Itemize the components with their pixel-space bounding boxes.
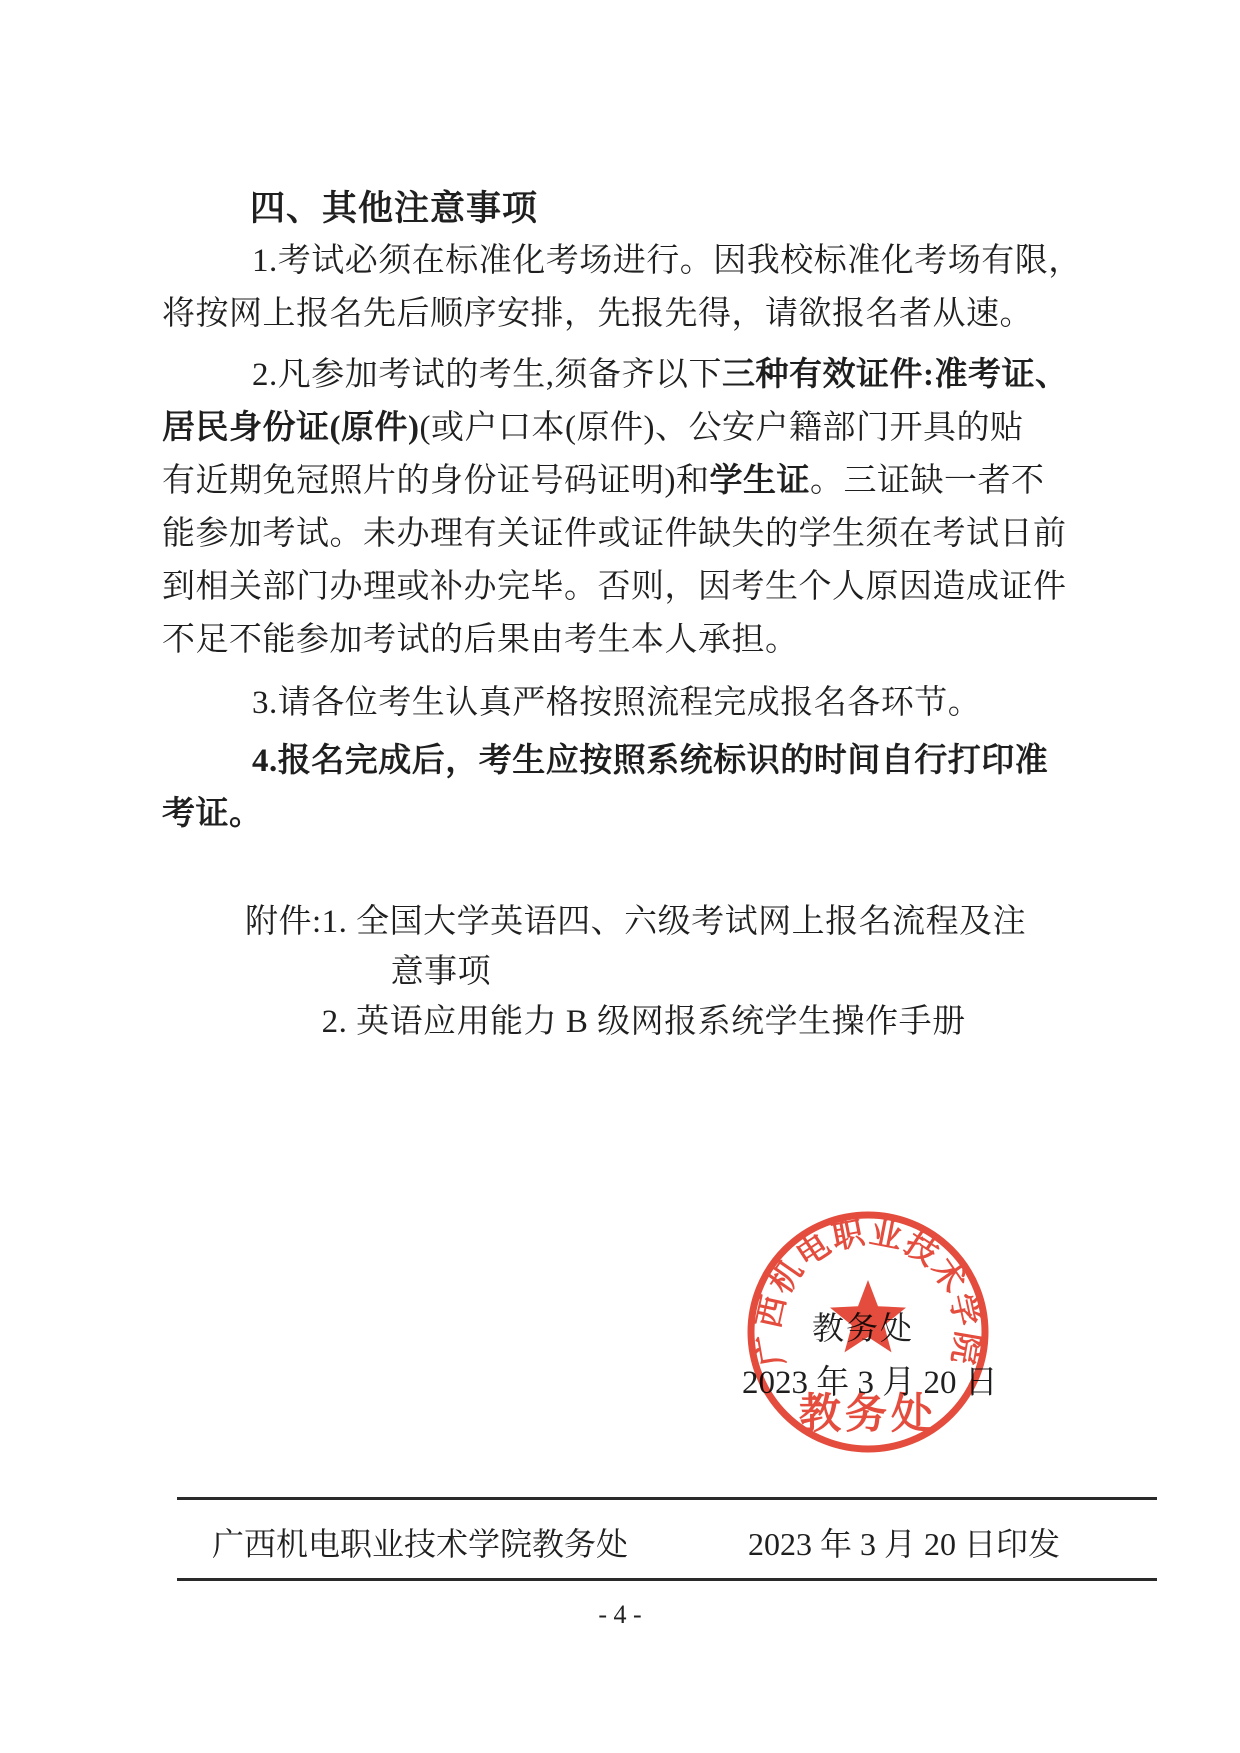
bold-text-segment: 三种有效证件:准考证、 <box>722 357 1069 393</box>
paragraph: 2.凡参加考试的考生,须备齐以下三种有效证件:准考证、居民身份证(原件)(或户口… <box>162 349 1054 667</box>
section-heading: 四、其他注意事项 <box>162 182 1054 235</box>
text-segment: 不足不能参加考试的后果由考生本人承担。 <box>162 622 799 658</box>
text-line: 能参加考试。未办理有关证件或证件缺失的学生须在考试日前 <box>162 508 1054 561</box>
text-line: 考证。 <box>162 788 1054 841</box>
bold-text-segment: 考证。 <box>162 796 263 832</box>
text-segment: 到相关部门办理或补办完毕。否则，因考生个人原因造成证件 <box>162 569 1067 605</box>
attachments-label: 附件: <box>245 897 322 947</box>
text-line: 居民身份证(原件)(或户口本(原件)、公安户籍部门开具的贴 <box>162 402 1054 455</box>
text-line: 不足不能参加考试的后果由考生本人承担。 <box>162 614 1054 667</box>
text-segment: 2.凡参加考试的考生,须备齐以下 <box>252 357 722 393</box>
text-line: 将按网上报名先后顺序安排，先报先得，请欲报名者从速。 <box>162 288 1054 341</box>
seal-star-icon <box>830 1280 906 1352</box>
text-segment: 能参加考试。未办理有关证件或证件缺失的学生须在考试日前 <box>162 516 1067 552</box>
paragraph: 4.报名完成后，考生应按照系统标识的时间自行打印准考证。 <box>162 735 1054 841</box>
footer-rule-bottom <box>177 1578 1157 1581</box>
text-line: 到相关部门办理或补办完毕。否则，因考生个人原因造成证件 <box>162 561 1054 614</box>
footer-row: 广西机电职业技术学院教务处 2023 年 3 月 20 日印发 <box>212 1522 1060 1566</box>
bold-text-segment: 4.报名完成后，考生应按照系统标识的时间自行打印准 <box>252 743 1048 779</box>
text-segment: 有近期免冠照片的身份证号码证明)和 <box>162 463 710 499</box>
footer-issue-date: 2023 年 3 月 20 日印发 <box>748 1522 1060 1566</box>
text-segment: 1.考试必须在标准化考场进行。因我校标准化考场有限， <box>252 243 1082 279</box>
text-line: 有近期免冠照片的身份证号码证明)和学生证。三证缺一者不 <box>162 455 1054 508</box>
bold-text-segment: 学生证 <box>710 463 811 499</box>
document-body: 四、其他注意事项 1.考试必须在标准化考场进行。因我校标准化考场有限，将按网上报… <box>162 182 1054 1047</box>
text-line: 2.凡参加考试的考生,须备齐以下三种有效证件:准考证、 <box>162 349 1054 402</box>
text-segment: 将按网上报名先后顺序安排，先报先得，请欲报名者从速。 <box>162 296 1033 332</box>
text-segment: (或户口本(原件)、公安户籍部门开具的贴 <box>419 410 1023 446</box>
bold-text-segment: 居民身份证(原件) <box>162 410 419 446</box>
attachment-item: 1. 全国大学英语四、六级考试网上报名流程及注意事项 <box>322 897 1054 997</box>
page-number: - 4 - <box>0 1600 1240 1630</box>
text-segment: 。三证缺一者不 <box>810 463 1045 499</box>
text-line: 1.考试必须在标准化考场进行。因我校标准化考场有限， <box>162 235 1054 288</box>
attachments-block: 附件: 1. 全国大学英语四、六级考试网上报名流程及注意事项2. 英语应用能力 … <box>245 897 1054 1047</box>
text-line: 4.报名完成后，考生应按照系统标识的时间自行打印准 <box>162 735 1054 788</box>
footer-rule-top <box>177 1497 1157 1500</box>
seal-bottom-text: 教务处 <box>799 1391 937 1438</box>
attachment-item: 2. 英语应用能力 B 级网报系统学生操作手册 <box>322 997 1054 1047</box>
document-page: 四、其他注意事项 1.考试必须在标准化考场进行。因我校标准化考场有限，将按网上报… <box>0 0 1240 1753</box>
text-line: 3.请各位考生认真严格按照流程完成报名各环节。 <box>162 677 1054 730</box>
official-seal: 广西机电职业技术学院 教务处 <box>738 1202 998 1462</box>
paragraph: 3.请各位考生认真严格按照流程完成报名各环节。 <box>162 677 1054 730</box>
paragraph: 1.考试必须在标准化考场进行。因我校标准化考场有限，将按网上报名先后顺序安排，先… <box>162 235 1054 341</box>
text-segment: 3.请各位考生认真严格按照流程完成报名各环节。 <box>252 685 981 721</box>
footer-issuer: 广西机电职业技术学院教务处 <box>212 1522 628 1566</box>
paragraph-list: 1.考试必须在标准化考场进行。因我校标准化考场有限，将按网上报名先后顺序安排，先… <box>162 235 1054 841</box>
attachments-items: 1. 全国大学英语四、六级考试网上报名流程及注意事项2. 英语应用能力 B 级网… <box>322 897 1054 1047</box>
